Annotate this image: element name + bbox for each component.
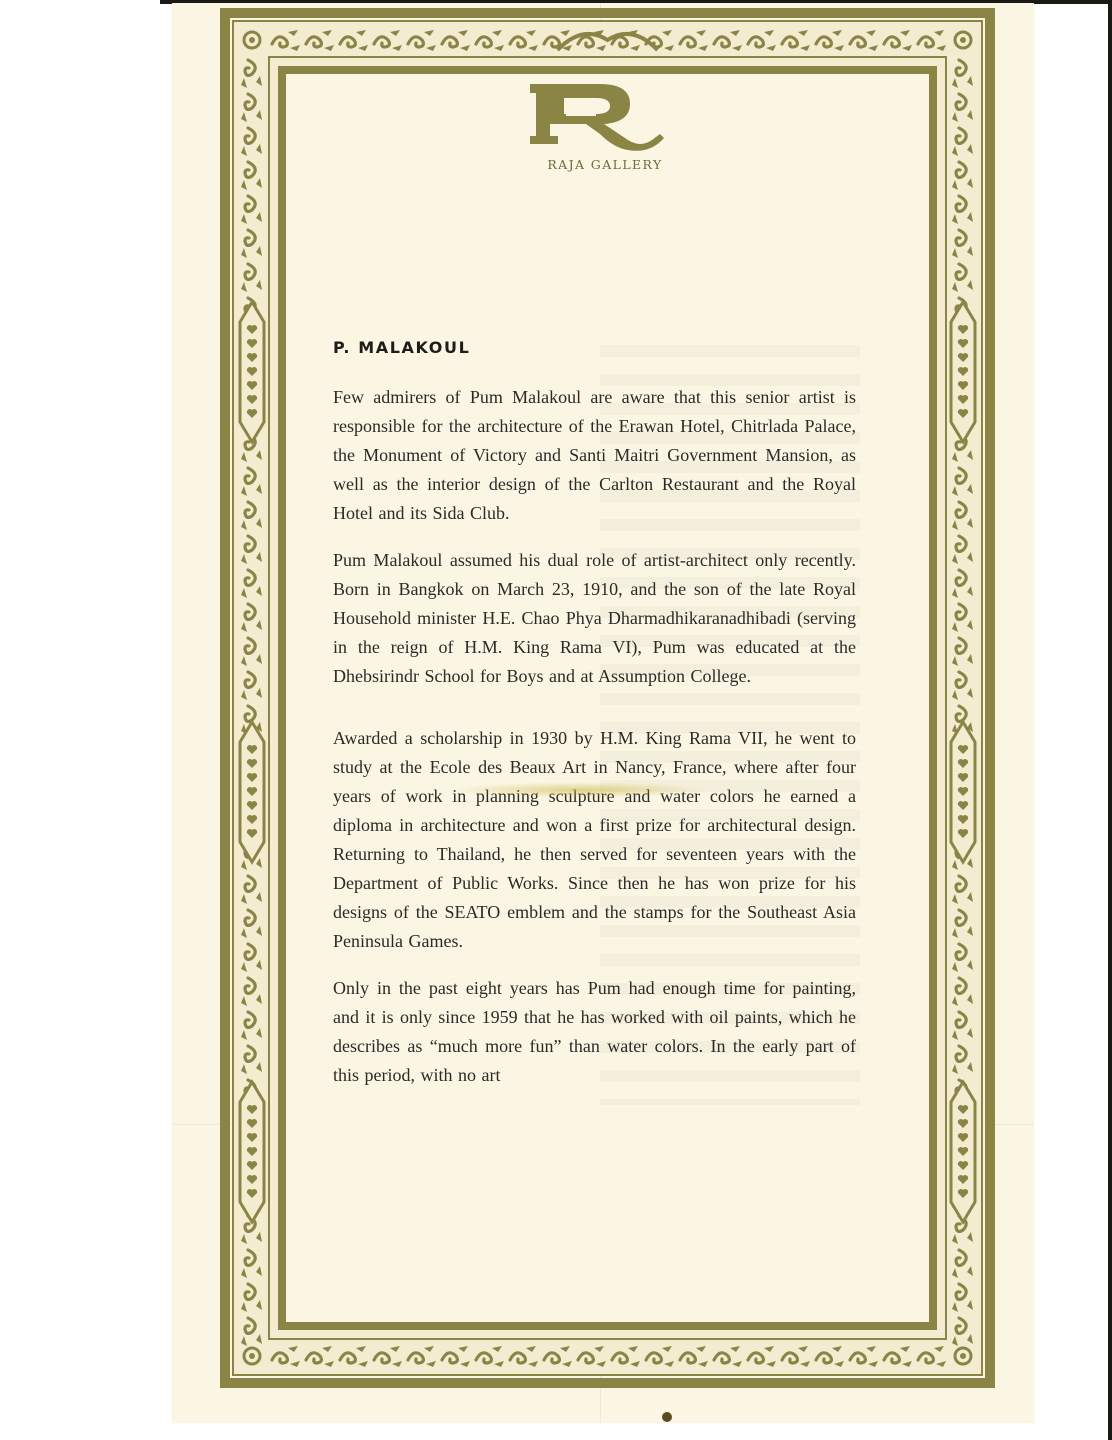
rg-monogram-icon (530, 82, 680, 152)
article-title: P. MALAKOUL (333, 338, 856, 357)
paragraph: Awarded a scholarship in 1930 by H.M. Ki… (333, 724, 856, 956)
paragraph: Pum Malakoul assumed his dual role of ar… (333, 546, 856, 691)
paragraph: Only in the past eight years has Pum had… (333, 974, 856, 1090)
paper-stain (450, 782, 710, 798)
paragraph: Few admirers of Pum Malakoul are aware t… (333, 383, 856, 528)
article-body: P. MALAKOUL Few admirers of Pum Malakoul… (333, 338, 856, 1090)
gallery-name: RAJA GALLERY (500, 157, 710, 172)
scan-edge (1108, 0, 1112, 1440)
pin-hole (662, 1412, 672, 1422)
